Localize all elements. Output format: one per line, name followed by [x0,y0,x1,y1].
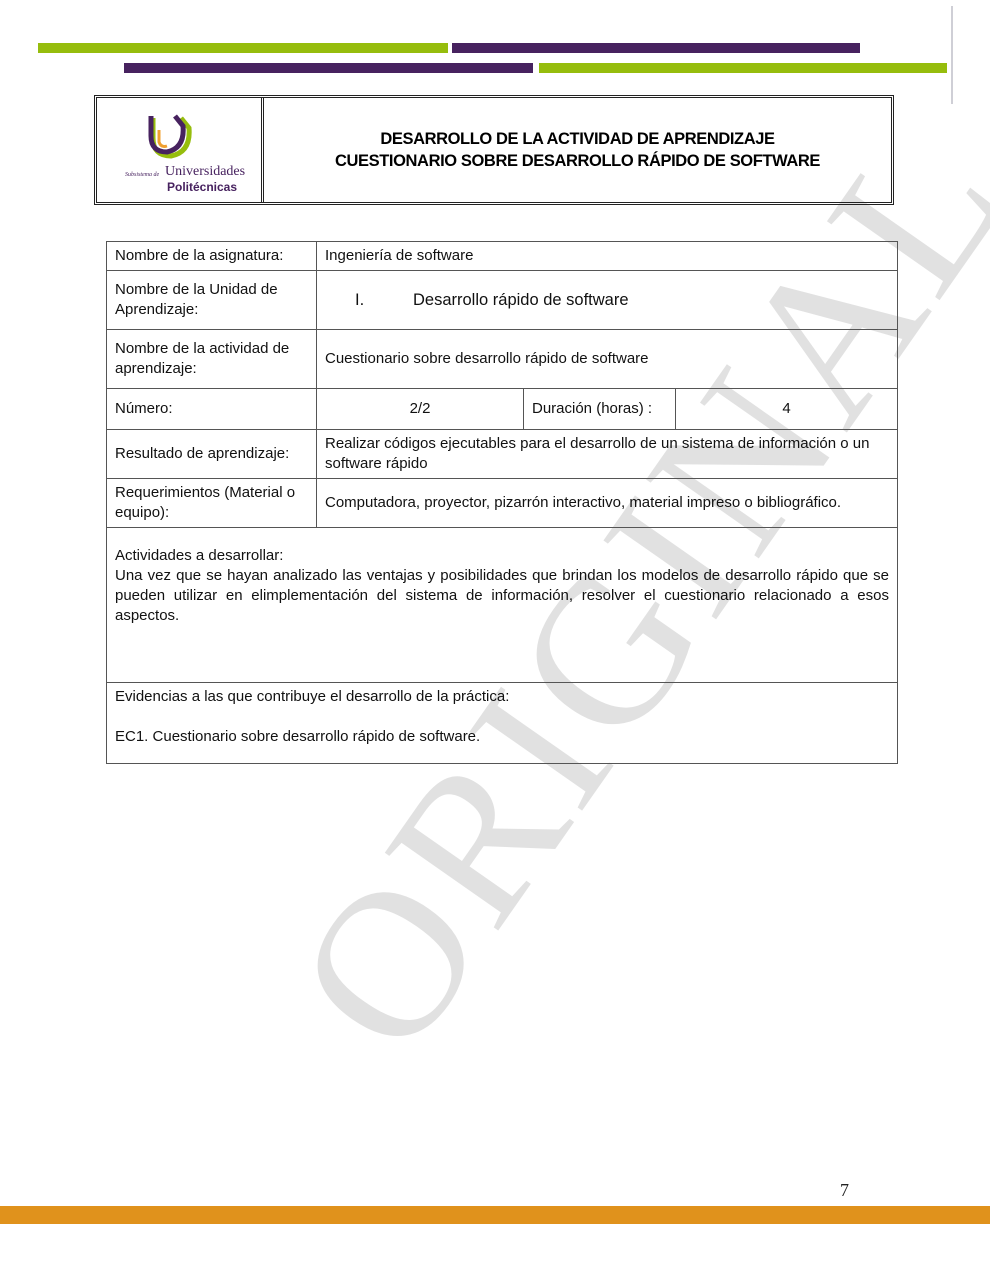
universidades-politecnicas-logo-icon [147,112,197,164]
actividades-cell: Actividades a desarrollar: Una vez que s… [107,528,898,683]
table-row-unidad: Nombre de la Unidad de Aprendizaje: I.De… [107,271,898,330]
table-row-actividad: Nombre de la actividad de aprendizaje: C… [107,330,898,389]
requerimientos-value: Computadora, proyector, pizarrón interac… [317,479,898,528]
actividades-label: Actividades a desarrollar: [115,546,889,566]
requerimientos-label: Requerimientos (Material o equipo): [107,479,317,528]
table-row-numero: Número: 2/2 Duración (horas) : 4 [107,389,898,430]
table-row-resultado: Resultado de aprendizaje: Realizar códig… [107,430,898,479]
document-title: DESARROLLO DE LA ACTIVIDAD DE APRENDIZAJ… [264,98,891,202]
resultado-value: Realizar códigos ejecutables para el des… [317,430,898,479]
numero-value: 2/2 [317,389,524,430]
title-line-1: DESARROLLO DE LA ACTIVIDAD DE APRENDIZAJ… [380,128,774,150]
numero-label: Número: [107,389,317,430]
header-divider-line [951,6,953,104]
document-header: Subsistema de Universidades Politécnicas… [94,95,894,205]
header-stripe-green-bottom [539,63,947,73]
logo-subtitle: Subsistema de [125,172,159,178]
unidad-label: Nombre de la Unidad de Aprendizaje: [107,271,317,330]
unidad-cell: I.Desarrollo rápido de software [317,271,898,330]
title-line-2: CUESTIONARIO SOBRE DESARROLLO RÁPIDO DE … [335,150,820,172]
unidad-number: I. [355,290,413,310]
logo-line1: Universidades [165,164,245,180]
actividad-label: Nombre de la actividad de aprendizaje: [107,330,317,389]
page-number: 7 [840,1180,849,1201]
evidencias-label: Evidencias a las que contribuye el desar… [115,687,889,707]
evidencias-cell: Evidencias a las que contribuye el desar… [107,683,898,764]
header-stripe-green-top [38,43,448,53]
table-row-requerimientos: Requerimientos (Material o equipo): Comp… [107,479,898,528]
table-row-asignatura: Nombre de la asignatura: Ingeniería de s… [107,242,898,271]
footer-stripe [0,1206,990,1224]
actividades-value: Una vez que se hayan analizado las venta… [115,566,889,626]
activity-info-table: Nombre de la asignatura: Ingeniería de s… [106,241,898,764]
logo: Subsistema de Universidades Politécnicas [97,98,264,202]
header-stripe-purple-top [452,43,860,53]
table-row-actividades: Actividades a desarrollar: Una vez que s… [107,528,898,683]
asignatura-label: Nombre de la asignatura: [107,242,317,271]
asignatura-value: Ingeniería de software [317,242,898,271]
resultado-label: Resultado de aprendizaje: [107,430,317,479]
header-stripe-purple-bottom [124,63,533,73]
duracion-value: 4 [676,389,898,430]
evidencias-value: EC1. Cuestionario sobre desarrollo rápid… [115,727,889,747]
logo-line2: Politécnicas [167,180,237,194]
actividad-value: Cuestionario sobre desarrollo rápido de … [317,330,898,389]
unidad-value: Desarrollo rápido de software [413,291,629,309]
table-row-evidencias: Evidencias a las que contribuye el desar… [107,683,898,764]
duracion-label: Duración (horas) : [524,389,676,430]
